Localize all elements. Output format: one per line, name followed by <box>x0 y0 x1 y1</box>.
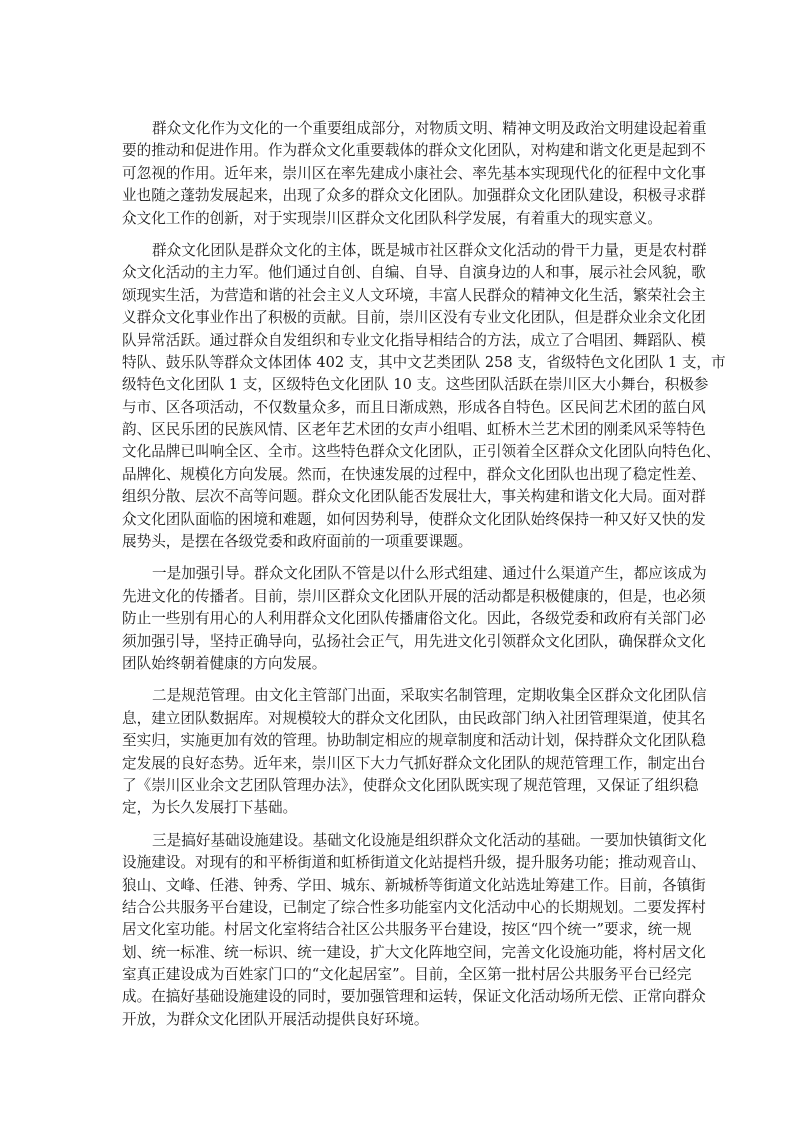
text-line: 至实归，实施更加有效的管理。协助制定相应的规章制度和活动计划，保持群众文化团队稳 <box>122 730 674 752</box>
text-line: 特队、鼓乐队等群众文体团体 402 支，其中文艺类团队 258 支，省级特色文化… <box>122 352 674 374</box>
text-line: 群众文化团队是群众文化的主体，既是城市社区群众文化活动的骨干力量，更是农村群 <box>122 240 674 262</box>
text-line: 业也随之蓬勃发展起来，出现了众多的群众文化团队。加强群众文化团队建设，积极寻求群 <box>122 185 674 207</box>
text-line: 一是加强引导。群众文化团队不管是以什么形式组建、通过什么渠道产生，都应该成为 <box>122 563 674 585</box>
text-line: 颂现实生活，为营造和谐的社会主义人文环境，丰富人民群众的精神文化生活，繁荣社会主 <box>122 285 674 307</box>
text-line: 文化品牌已叫响全区、全市。这些特色群众文化团队，正引领着全区群众文化团队向特色化… <box>122 441 674 463</box>
paragraph-infrastructure: 三是搞好基础设施建设。基础文化设施是组织群众文化活动的基础。一要加快镇街文化 设… <box>122 830 674 1032</box>
text-line: 划、统一标准、统一标识、统一建设，扩大文化阵地空间，完善文化设施功能，将村居文化 <box>122 942 674 964</box>
text-line: 众文化工作的创新，对于实现崇川区群众文化团队科学发展，有着重大的现实意义。 <box>122 208 674 230</box>
text-line: 义群众文化事业作出了积极的贡献。目前，崇川区没有专业文化团队，但是群众业余文化团 <box>122 307 674 329</box>
text-line: 韵、区民乐团的民族风情、区老年艺术团的女声小组唱、虹桥木兰艺术团的刚柔风采等特色 <box>122 419 674 441</box>
text-line: 群众文化作为文化的一个重要组成部分，对物质文明、精神文明及政治文明建设起着重 <box>122 118 674 140</box>
paragraph-intro: 群众文化作为文化的一个重要组成部分，对物质文明、精神文明及政治文明建设起着重 要… <box>122 118 674 230</box>
text-line: 结合公共服务平台建设，已制定了综合性多功能室内文化活动中心的长期规划。二要发挥村 <box>122 897 674 919</box>
text-line: 室真正建设成为百姓家门口的“文化起居室”。目前，全区第一批村居公共服务平台已经完 <box>122 964 674 986</box>
text-line: 三是搞好基础设施建设。基础文化设施是组织群众文化活动的基础。一要加快镇街文化 <box>122 830 674 852</box>
text-line: 品牌化、规模化方向发展。然而，在快速发展的过程中，群众文化团队也出现了稳定性差、 <box>122 464 674 486</box>
document-page: 群众文化作为文化的一个重要组成部分，对物质文明、精神文明及政治文明建设起着重 要… <box>122 118 674 1041</box>
text-line: 须加强引导，坚持正确导向，弘扬社会正气，用先进文化引领群众文化团队，确保群众文化 <box>122 631 674 653</box>
paragraph-management: 二是规范管理。由文化主管部门出面，采取实名制管理，定期收集全区群众文化团队信 息… <box>122 685 674 819</box>
text-line: 团队始终朝着健康的方向发展。 <box>122 653 674 675</box>
text-line: 防止一些别有用心的人利用群众文化团队传播庸俗文化。因此，各级党委和政府有关部门必 <box>122 608 674 630</box>
paragraph-guidance: 一是加强引导。群众文化团队不管是以什么形式组建、通过什么渠道产生，都应该成为 先… <box>122 563 674 675</box>
text-line: 级特色文化团队 1 支，区级特色文化团队 10 支。这些团队活跃在崇川区大小舞台… <box>122 374 674 396</box>
text-line: 了《崇川区业余文艺团队管理办法》，使群众文化团队既实现了规范管理，又保证了组织稳 <box>122 775 674 797</box>
text-line: 居文化室功能。村居文化室将结合社区公共服务平台建设，按区“四个统一”要求，统一规 <box>122 919 674 941</box>
text-line: 定发展的良好态势。近年来，崇川区下大力气抓好群众文化团队的规范管理工作，制定出台 <box>122 753 674 775</box>
text-line: 先进文化的传播者。目前，崇川区群众文化团队开展的活动都是积极健康的，但是，也必须 <box>122 586 674 608</box>
text-line: 要的推动和促进作用。作为群众文化重要载体的群众文化团队，对构建和谐文化更是起到不 <box>122 140 674 162</box>
text-line: 定，为长久发展打下基础。 <box>122 797 674 819</box>
text-line: 众文化活动的主力军。他们通过自创、自编、自导、自演身边的人和事，展示社会风貌，歌 <box>122 262 674 284</box>
paragraph-teams-overview: 群众文化团队是群众文化的主体，既是城市社区群众文化活动的骨干力量，更是农村群 众… <box>122 240 674 553</box>
text-line: 息，建立团队数据库。对规模较大的群众文化团队，由民政部门纳入社团管理渠道，使其名 <box>122 708 674 730</box>
text-line: 与市、区各项活动，不仅数量众多，而且日渐成熟，形成各自特色。区民间艺术团的蓝白风 <box>122 397 674 419</box>
text-line: 可忽视的作用。近年来，崇川区在率先建成小康社会、率先基本实现现代化的征程中文化事 <box>122 163 674 185</box>
text-line: 开放，为群众文化团队开展活动提供良好环境。 <box>122 1009 674 1031</box>
text-line: 狼山、文峰、任港、钟秀、学田、城东、新城桥等街道文化站选址筹建工作。目前，各镇街 <box>122 875 674 897</box>
text-line: 展势头，是摆在各级党委和政府面前的一项重要课题。 <box>122 531 674 553</box>
text-line: 众文化团队面临的困境和难题，如何因势利导，使群众文化团队始终保持一种又好又快的发 <box>122 509 674 531</box>
text-line: 队异常活跃。通过群众自发组织和专业文化指导相结合的方法，成立了合唱团、舞蹈队、模 <box>122 330 674 352</box>
text-line: 设施建设。对现有的和平桥街道和虹桥街道文化站提档升级，提升服务功能；推动观音山、 <box>122 852 674 874</box>
text-line: 二是规范管理。由文化主管部门出面，采取实名制管理，定期收集全区群众文化团队信 <box>122 685 674 707</box>
text-line: 成。在搞好基础设施建设的同时，要加强管理和运转，保证文化活动场所无偿、正常向群众 <box>122 986 674 1008</box>
text-line: 组织分散、层次不高等问题。群众文化团队能否发展壮大，事关构建和谐文化大局。面对群 <box>122 486 674 508</box>
